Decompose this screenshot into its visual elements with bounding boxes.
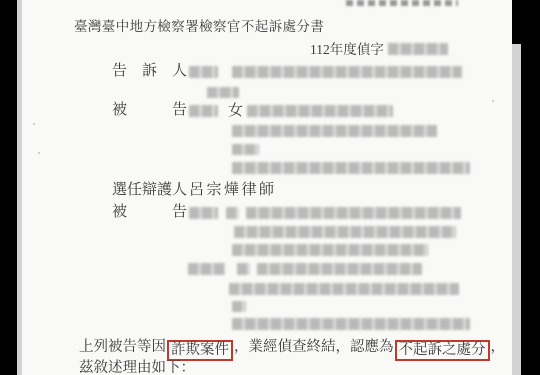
- page-left-edge: [17, 0, 22, 375]
- screenshot-stage: 臺灣臺中地方檢察署檢察官不起訴處分書 112年度偵字 告訴人 被告 女 選任辯護…: [0, 0, 540, 375]
- case-number-prefix: 112年度偵字: [310, 42, 384, 57]
- redacted-defendant3-id-number: [232, 318, 470, 330]
- complainant-label: 告訴人: [112, 64, 187, 79]
- redacted-defendant1-address: [232, 125, 437, 137]
- redacted-defendant3-address: [229, 283, 459, 295]
- closing-seg2: ，業經偵查終結，認應為: [234, 339, 394, 355]
- page-right-edge: [512, 44, 521, 375]
- defendant1-gender: 女: [228, 104, 243, 119]
- redacted-defendant2-id-number: [232, 244, 428, 256]
- closing-line2: 茲敘述理由如下：: [79, 361, 195, 375]
- redacted-defendant2-name: [189, 207, 218, 219]
- redacted-defendant3-address-cont: [232, 301, 246, 312]
- redacted-stamp-number: [346, 0, 458, 6]
- redacted-complainant-name: [189, 66, 218, 78]
- defendant2-label: 被告: [112, 205, 187, 220]
- redacted-defendant3-name: [188, 263, 225, 275]
- counsel-name: 呂宗燁律師: [189, 183, 277, 198]
- case-number-line: 112年度偵字: [310, 43, 448, 57]
- redacted-defendant2-gender: [226, 207, 239, 219]
- redacted-defendant3-gender: [237, 263, 250, 275]
- redacted-defendant3-birth: [257, 263, 422, 275]
- scan-speck: [492, 100, 494, 102]
- highlight-box-disposition: 不起訴之處分: [395, 340, 490, 361]
- closing-seg3: ，: [491, 339, 506, 355]
- redacted-defendant2-address: [234, 226, 456, 238]
- redacted-defendant1-name: [189, 105, 218, 117]
- redacted-defendant1-id-number: [232, 162, 470, 174]
- redacted-complainant-address: [232, 66, 462, 78]
- redacted-defendant1-address-cont: [232, 144, 259, 155]
- counsel-label: 選任辯護人: [112, 183, 187, 198]
- redacted-case-number: [388, 43, 448, 55]
- closing-line1: 上列被告等因詐欺案件，業經偵查終結，認應為不起訴之處分，: [79, 337, 505, 361]
- scan-speck: [38, 152, 40, 154]
- closing-seg1: 上列被告等因: [79, 339, 166, 355]
- document-title: 臺灣臺中地方檢察署檢察官不起訴處分書: [74, 20, 324, 34]
- redacted-complainant-address-cont: [207, 87, 239, 98]
- highlight-box-charge: 詐欺案件: [167, 340, 233, 361]
- redacted-defendant1-birth: [247, 105, 393, 117]
- redacted-defendant2-birth: [246, 207, 461, 219]
- defendant1-label: 被告: [112, 103, 187, 118]
- scan-speck: [33, 123, 35, 125]
